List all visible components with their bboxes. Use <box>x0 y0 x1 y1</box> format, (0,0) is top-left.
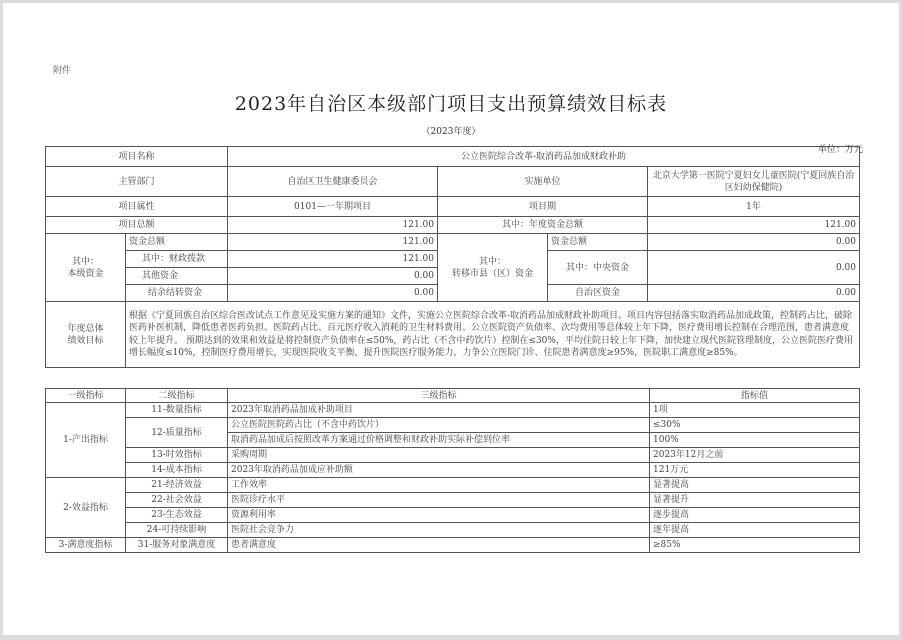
level1-satisfaction: 3-满意度指标 <box>46 538 126 553</box>
level3-cell: 公立医院医院药占比（不含中药饮片） <box>228 418 650 433</box>
project-info-table: 项目名称 公立医院综合改革-取消药品加成财政补助 主管部门 自治区卫生健康委员会… <box>45 146 860 368</box>
project-name-value: 公立医院综合改革-取消药品加成财政补助 <box>228 147 860 167</box>
local-fund-value: 0.00 <box>228 285 438 302</box>
level1-output: 1-产出指标 <box>46 403 126 478</box>
attr-label: 项目属性 <box>46 197 228 217</box>
value-cell: 121万元 <box>650 463 860 478</box>
local-fund-label: 其他资金 <box>126 268 228 285</box>
total-label: 项目总额 <box>46 217 228 234</box>
local-fund-label: 资金总额 <box>126 234 228 251</box>
level2-cell: 13-时效指标 <box>126 448 228 463</box>
value-cell: 逐步提高 <box>650 508 860 523</box>
value-cell: 1项 <box>650 403 860 418</box>
level2-cell: 22-社会效益 <box>126 493 228 508</box>
annual-total-value: 121.00 <box>648 217 860 234</box>
document-title: 2023年自治区本级部门项目支出预算绩效目标表 <box>3 89 899 116</box>
level3-cell: 资源利用率 <box>228 508 650 523</box>
attachment-label: 附件 <box>53 63 71 76</box>
header-level1: 一级指标 <box>46 389 126 403</box>
transfer-fund-label: 其中：中央资金 <box>548 251 648 285</box>
goal-label: 年度总体 绩效目标 <box>46 302 126 368</box>
impl-unit-label: 实施单位 <box>438 167 648 197</box>
level3-cell: 医院诊疗水平 <box>228 493 650 508</box>
level3-cell: 采购周期 <box>228 448 650 463</box>
value-cell: 显著提升 <box>650 493 860 508</box>
level1-benefit: 2-效益指标 <box>46 478 126 538</box>
transfer-fund-label: 资金总额 <box>548 234 648 251</box>
attr-value: 0101—一年期项目 <box>228 197 438 217</box>
transfer-fund-label: 自治区资金 <box>548 285 648 302</box>
level2-cell: 14-成本指标 <box>126 463 228 478</box>
total-value: 121.00 <box>228 217 438 234</box>
level3-cell: 2023年取消药品加成应补助额 <box>228 463 650 478</box>
header-value: 指标值 <box>650 389 860 403</box>
dept-label: 主管部门 <box>46 167 228 197</box>
level2-cell: 24-可持续影响 <box>126 523 228 538</box>
annual-total-label: 其中：年度资金总额 <box>438 217 648 234</box>
transfer-fund-value: 0.00 <box>648 285 860 302</box>
period-value: 1年 <box>648 197 860 217</box>
local-fund-label: 结余结转资金 <box>126 285 228 302</box>
period-label: 项目期 <box>438 197 648 217</box>
value-cell: ≤30% <box>650 418 860 433</box>
local-funds-group-label: 其中： 本级资金 <box>46 234 126 302</box>
value-cell: 2023年12月之前 <box>650 448 860 463</box>
level2-cell: 31-服务对象满意度 <box>126 538 228 553</box>
dept-value: 自治区卫生健康委员会 <box>228 167 438 197</box>
level2-cell: 11-数量指标 <box>126 403 228 418</box>
value-cell: 显著提高 <box>650 478 860 493</box>
transfer-fund-value: 0.00 <box>648 251 860 285</box>
local-fund-value: 0.00 <box>228 268 438 285</box>
year-label: （2023年度） <box>3 124 899 137</box>
impl-unit-value: 北京大学第一医院宁夏妇女儿童医院(宁夏回族自治区妇幼保健院) <box>648 167 860 197</box>
value-cell: 逐年提高 <box>650 523 860 538</box>
level3-cell: 2023年取消药品加成补助项目 <box>228 403 650 418</box>
level3-cell: 患者满意度 <box>228 538 650 553</box>
value-cell: 100% <box>650 433 860 448</box>
header-level2: 二级指标 <box>126 389 228 403</box>
level2-cell: 21-经济效益 <box>126 478 228 493</box>
transfer-fund-value: 0.00 <box>648 234 860 251</box>
goal-text: 根据《宁夏回族自治区综合医改试点工作意见及实施方案的通知》文件，实施公立医院综合… <box>126 302 860 368</box>
project-name-label: 项目名称 <box>46 147 228 167</box>
level3-cell: 工作效率 <box>228 478 650 493</box>
level3-cell: 医院社会竞争力 <box>228 523 650 538</box>
transfer-funds-group-label: 其中： 转移市县（区）资金 <box>438 234 548 302</box>
indicators-table: 一级指标 二级指标 三级指标 指标值 1-产出指标 11-数量指标 2023年取… <box>45 388 860 553</box>
level3-cell: 取消药品加成后按照改革方案通过价格调整和财政补助实际补偿到位率 <box>228 433 650 448</box>
local-fund-label: 其中：财政拨款 <box>126 251 228 268</box>
header-level3: 三级指标 <box>228 389 650 403</box>
local-fund-value: 121.00 <box>228 251 438 268</box>
local-fund-value: 121.00 <box>228 234 438 251</box>
value-cell: ≥85% <box>650 538 860 553</box>
level2-cell: 12-质量指标 <box>126 418 228 448</box>
level2-cell: 23-生态效益 <box>126 508 228 523</box>
